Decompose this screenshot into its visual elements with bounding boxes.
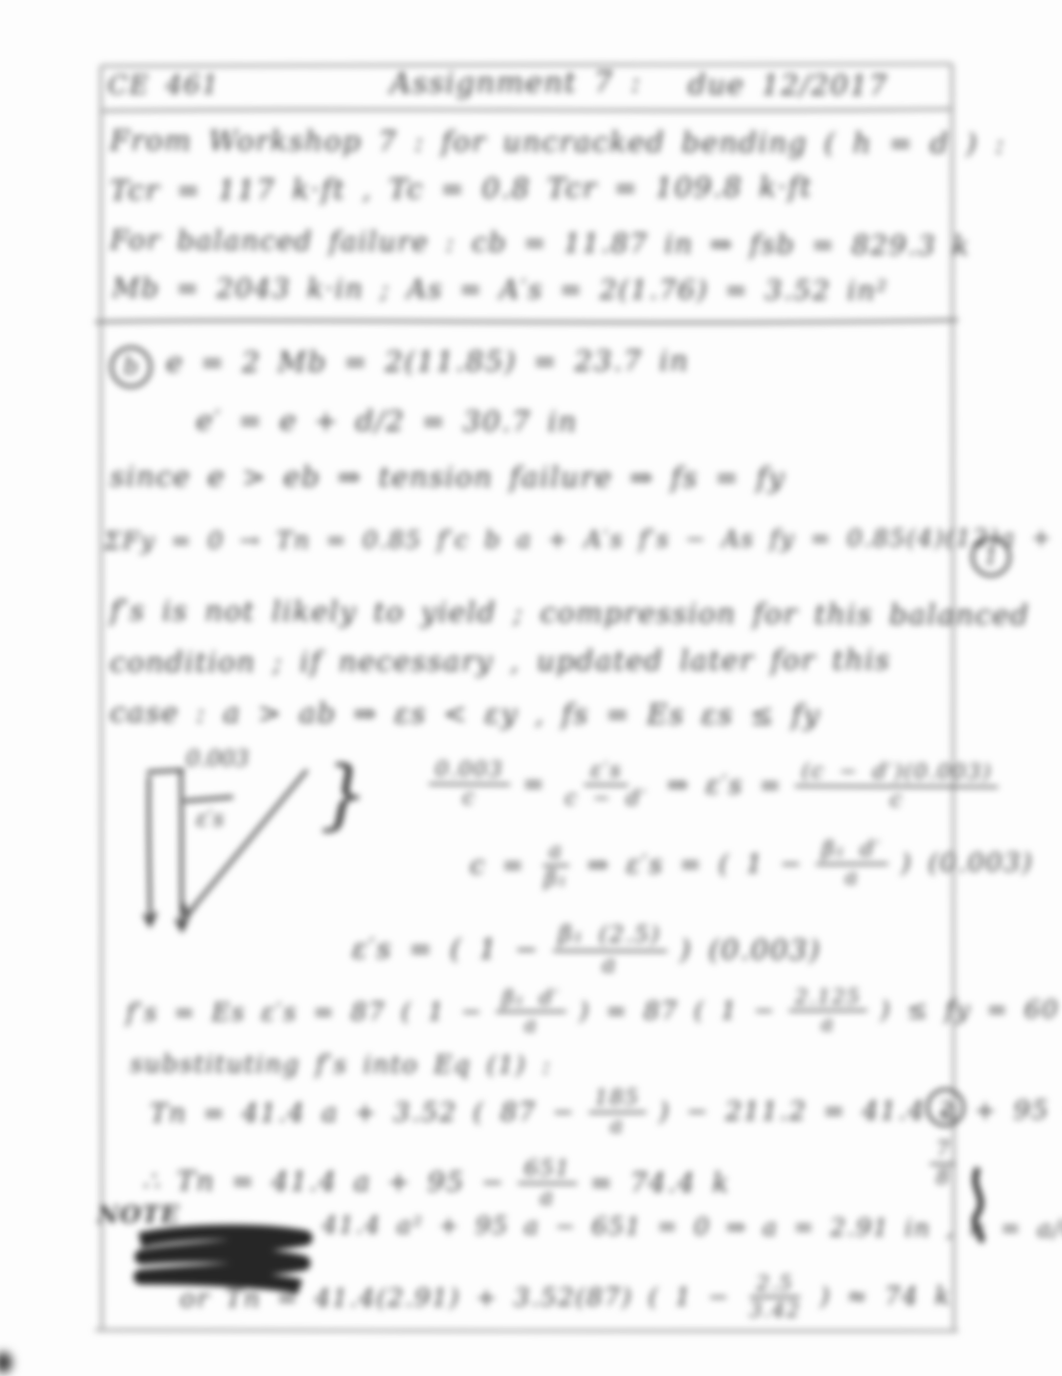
steel-eq-post: ) ≤ fy = 60 k/in² <box>880 996 1062 1024</box>
partb-para-3: case : a > ab ⇒ εs < εy , fs = Es εs ≤ f… <box>110 698 821 731</box>
result-post: = 74.4 k <box>590 1169 730 1199</box>
equation-2-mid: ) − 211.2 = 41.4 a + 95 − <box>659 1096 1062 1126</box>
fraction: β₁ d′ a <box>496 986 566 1036</box>
part-b-badge-text: b <box>124 354 139 380</box>
fraction-denominator: β₁ <box>538 866 574 891</box>
substitution-note: substituting f′s into Eq (1) : <box>130 1050 552 1079</box>
fraction: ε′s c − d′ <box>559 759 654 811</box>
equation-1-badge-text: 1 <box>984 545 997 569</box>
fraction-denominator: a <box>604 1113 630 1138</box>
fraction-numerator: 185 <box>588 1086 645 1113</box>
note-line-2-post: ) ≈ 74 k <box>820 1283 952 1311</box>
strain-eq-3: ε′s = ( 1 − β₁ (2.5) a ) (0.003) <box>352 922 821 979</box>
fraction-denominator: c <box>884 787 910 812</box>
partb-para-1: f′s is not likely to yield ; compression… <box>110 596 1030 632</box>
diagram-arrowhead-3 <box>183 903 195 916</box>
steel-eq-mid: ) = 87 ( 1 − <box>579 997 776 1025</box>
diagram-right-line <box>181 771 182 929</box>
diagram-left-line <box>149 776 150 924</box>
partb-line-3: since e > eb ⇒ tension failure ⇒ fs = fy <box>110 462 786 494</box>
fraction-denominator: c − d′ <box>559 786 654 811</box>
equation-2-pre: Tn = 41.4 a + 3.52 ( 87 − <box>150 1098 576 1128</box>
given-line-1-text: From Workshop 7 : for uncracked bending … <box>110 126 1006 160</box>
handwriting-layer: 0.003 ε′s CE 461 Assignment 7 : due 12/2… <box>0 0 1062 1376</box>
frame-left <box>101 66 102 1329</box>
fraction-numerator: 2.125 <box>789 985 867 1011</box>
fraction: 2.5 3.42 <box>743 1272 807 1322</box>
fraction-denominator: a <box>596 952 623 979</box>
margin-fraction-mark: 7 8 <box>930 1138 955 1189</box>
fraction: 2.125 a <box>789 985 867 1035</box>
diagram-strain-tick <box>184 797 233 801</box>
given-line-3-text: For balanced failure : cb = 11.87 in ⇒ f… <box>110 226 971 262</box>
diagram-diagonal <box>187 770 307 915</box>
assignment-title: Assignment 7 : <box>390 67 642 100</box>
fraction-denominator: 8 <box>930 1165 955 1190</box>
partb-line-3-text: since e > eb ⇒ tension failure ⇒ fs = fy <box>110 462 786 494</box>
fraction: 185 a <box>588 1086 645 1138</box>
result-pre: ∴ Tn = 41.4 a + 95 − <box>142 1167 505 1198</box>
strain-top-label: 0.003 <box>186 747 249 772</box>
diagram-top-tick <box>147 770 184 772</box>
note-line-1: 41.4 a² + 95 a − 651 = 0 ⇒ a = 2.91 in ,… <box>322 1212 1062 1243</box>
fraction-numerator: (c − d′)(0.003) <box>795 760 998 788</box>
note-line-2: or Tn = 41.4(2.91) + 3.52(87) ( 1 − 2.5 … <box>180 1271 952 1324</box>
partb-line-2-text: e′ = e + d/2 = 30.7 in <box>196 406 578 438</box>
note-line-1-text: 41.4 a² + 95 a − 651 = 0 ⇒ a = 2.91 in ,… <box>322 1212 1062 1243</box>
strain-eq-1: 0.003 c = ε′s c − d′ ⇒ ε′s = (c − d′)(0.… <box>424 758 1003 813</box>
strain-eq-3-pre: ε′s = ( 1 − <box>352 934 540 965</box>
equals-sign: = <box>522 770 545 799</box>
strain-eq-3-post: ) (0.003) <box>680 935 821 966</box>
note-label-text: NOTE <box>97 1201 180 1228</box>
due-date: due 12/2017 <box>688 70 888 102</box>
strain-eq-2-post: ) (0.003) <box>901 849 1034 878</box>
strain-eq-2: c = a β₁ ⇒ ε′s = ( 1 − β₁ d′ a ) (0.003) <box>470 837 1034 892</box>
given-line-2: Tcr = 117 k·ft , Tc = 0.8 Tcr = 109.8 k·… <box>110 172 813 206</box>
diagram-brace-text: } <box>320 752 370 836</box>
partb-para-2-text: condition ; if necessary , updated later… <box>110 645 891 679</box>
assignment-title-text: Assignment 7 : <box>390 67 642 100</box>
strain-diagram: 0.003 ε′s <box>144 747 307 930</box>
implies-text: ⇒ ε′s = <box>667 771 783 800</box>
equilibrium-equation: ΣFy = 0 → Tn = 0.85 f′c b a + A′s f′s − … <box>104 524 1062 555</box>
equilibrium-equation-text: ΣFy = 0 → Tn = 0.85 f′c b a + A′s f′s − … <box>104 524 1062 555</box>
steel-eq-pre: f′s = Es ε′s = 87 ( 1 − <box>126 998 483 1027</box>
equation-2-badge-text: 2 <box>939 1096 952 1120</box>
given-line-4: Mb = 2043 k·in ; As = A′s = 2(1.76) = 3.… <box>112 274 888 306</box>
fraction: 651 a <box>518 1156 577 1210</box>
strain-eq-2-arrow: ⇒ ε′s = ( 1 − <box>587 850 803 880</box>
partb-para-3-text: case : a > ab ⇒ εs < εy , fs = Es εs ≤ f… <box>110 698 821 731</box>
fraction: β₁ (2.5) a <box>552 923 666 979</box>
fraction-denominator: a <box>815 1011 841 1035</box>
fraction-denominator: c <box>456 785 482 810</box>
fraction-denominator: 3.42 <box>743 1298 807 1322</box>
equation-1-badge: 1 <box>971 537 1011 577</box>
scanned-assignment-page: 0.003 ε′s CE 461 Assignment 7 : due 12/2… <box>0 0 1062 1376</box>
fraction: a β₁ <box>538 839 574 891</box>
partb-line-2: e′ = e + d/2 = 30.7 in <box>196 406 578 438</box>
steel-stress-equation: f′s = Es ε′s = 87 ( 1 − β₁ d′ a ) = 87 (… <box>126 984 1062 1037</box>
due-date-text: due 12/2017 <box>688 70 888 102</box>
header-rule <box>101 109 952 111</box>
result-equation: ∴ Tn = 41.4 a + 95 − 651 a = 74.4 k <box>142 1155 730 1211</box>
fraction-numerator: β₁ (2.5) <box>553 923 667 952</box>
fraction-numerator: ε′s <box>584 759 628 786</box>
partb-line-1-text: e = 2 Mb = 2(11.85) = 23.7 in <box>166 346 689 379</box>
given-line-3: For balanced failure : cb = 11.87 in ⇒ f… <box>110 226 971 262</box>
given-line-1: From Workshop 7 : for uncracked bending … <box>110 126 1006 160</box>
equation-2-badge: 2 <box>926 1088 965 1127</box>
partb-para-2: condition ; if necessary , updated later… <box>110 645 891 679</box>
course-code: CE 461 <box>108 71 220 100</box>
fraction-numerator: β₁ d′ <box>816 838 888 865</box>
given-line-4-text: Mb = 2043 k·in ; As = A′s = 2(1.76) = 3.… <box>112 274 888 306</box>
fraction: 0.003 c <box>429 758 510 810</box>
fraction-denominator: a <box>534 1184 561 1210</box>
part-b-badge: b <box>110 346 152 388</box>
diagram-brace: } <box>320 752 370 836</box>
note-label: NOTE <box>97 1201 180 1228</box>
given-line-2-text: Tcr = 117 k·ft , Tc = 0.8 Tcr = 109.8 k·… <box>110 172 813 206</box>
fraction-numerator: β₁ d′ <box>496 986 566 1012</box>
fraction-denominator: a <box>839 865 865 890</box>
note-line-2-pre: or Tn = 41.4(2.91) + 3.52(87) ( 1 − <box>180 1283 730 1312</box>
substitution-note-text: substituting f′s into Eq (1) : <box>130 1050 552 1079</box>
course-code-text: CE 461 <box>108 71 220 100</box>
fraction-denominator: a <box>518 1012 544 1036</box>
fraction-numerator: 651 <box>518 1156 577 1184</box>
partb-para-1-text: f′s is not likely to yield ; compression… <box>110 596 1030 632</box>
fraction-numerator: 7 <box>930 1138 955 1165</box>
strain-steel-label: ε′s <box>196 807 224 832</box>
section-rule <box>95 320 958 323</box>
equation-2: Tn = 41.4 a + 3.52 ( 87 − 185 a ) − 211.… <box>150 1084 1062 1139</box>
fraction: (c − d′)(0.003) c <box>795 760 998 813</box>
strain-eq-2-pre: c = <box>470 851 525 880</box>
fraction-numerator: a <box>543 839 569 866</box>
fraction: β₁ d′ a <box>816 838 888 890</box>
frame-bottom <box>95 1330 958 1331</box>
fraction-numerator: 0.003 <box>429 758 510 785</box>
fraction-numerator: 2.5 <box>750 1272 799 1298</box>
partb-line-1: e = 2 Mb = 2(11.85) = 23.7 in <box>166 346 689 379</box>
